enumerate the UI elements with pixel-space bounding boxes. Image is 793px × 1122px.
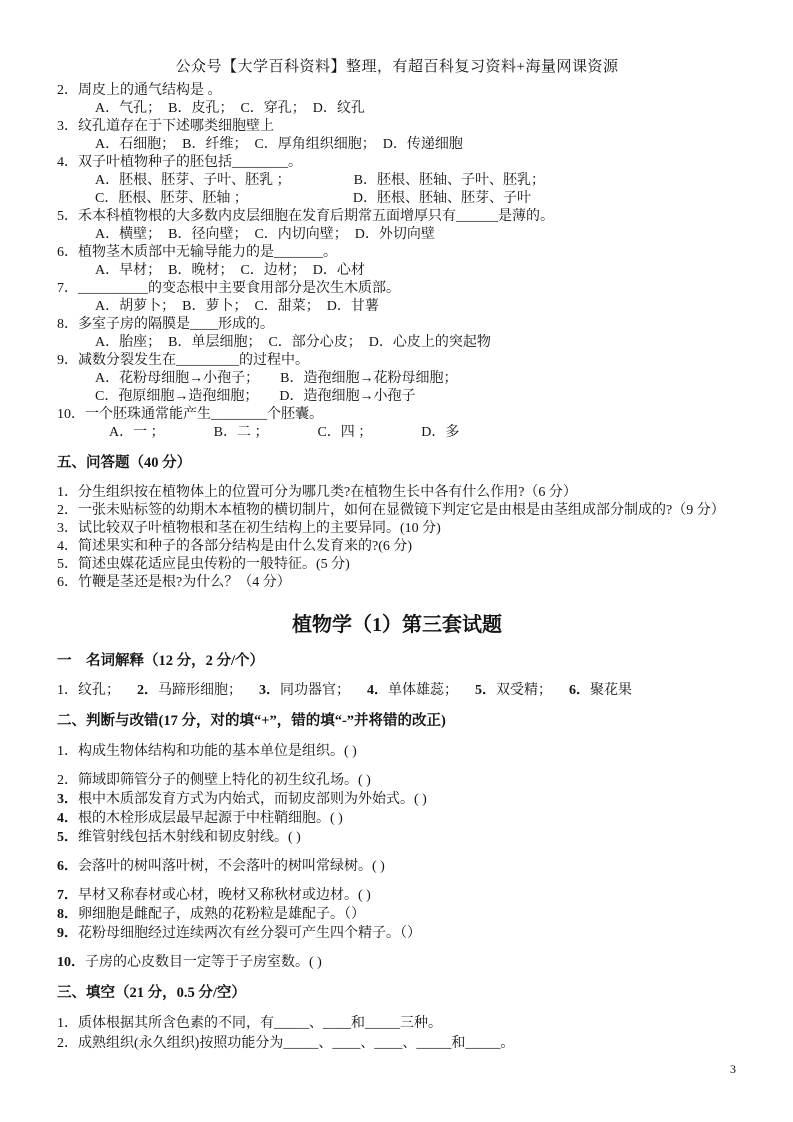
essay-question: 3．试比较双子叶植物根和茎在初生结构上的主要异同。(10 分) bbox=[57, 520, 737, 538]
mc-question: 4．双子叶植物种子的胚包括________。 bbox=[57, 154, 737, 172]
item-number: 4． bbox=[57, 811, 78, 826]
essay-section-heading: 五、问答题（40 分） bbox=[57, 454, 737, 473]
judgment-item: 2．筛域即筛管分子的侧壁上特化的初生纹孔场。( ) bbox=[57, 771, 737, 790]
judgment-item: 3．根中木质部发育方式为内始式，而韧皮部则为外始式。( ) bbox=[57, 790, 737, 809]
mc-options: A．一 ； B．二 ； C．四 ； D．多 bbox=[57, 424, 737, 442]
judgment-item: 6．会落叶的树叫落叶树，不会落叶的树叫常绿树。( ) bbox=[57, 857, 737, 876]
mc-options: A．胚根、胚芽、子叶、胚乳 ； B．胚根、胚轴、子叶、胚乳； bbox=[57, 172, 737, 190]
essay-question: 1．分生组织按在植物体上的位置可分为哪几类?在植物生长中各有什么作用?（6 分） bbox=[57, 484, 737, 502]
essay-question: 4．简述果实和种子的各部分结构是由什么发育来的?(6 分) bbox=[57, 538, 737, 556]
item-number: 1． bbox=[57, 744, 78, 759]
mc-options: A．胎座； B．单层细胞； C．部分心皮； D．心皮上的突起物 bbox=[57, 334, 737, 352]
terms-list: 1．纹孔；2．马蹄形细胞；3．同功器官；4．单体雄蕊；5．双受精；6．聚花果 bbox=[57, 682, 737, 700]
mc-options: A．石细胞； B．纤维； C．厚角组织细胞； D．传递细胞 bbox=[57, 136, 737, 154]
mc-options: A．早材； B．晚材； C．边材； D．心材 bbox=[57, 262, 737, 280]
item-text: 构成生物体结构和功能的基本单位是组织。( ) bbox=[78, 744, 357, 759]
item-text: 早材又称春材或心材，晚材又称秋材或边材。( ) bbox=[78, 888, 371, 903]
judgment-item: 10．子房的心皮数目一定等于子房室数。( ) bbox=[57, 953, 737, 972]
mc-question: 2．周皮上的通气结构是 。 bbox=[57, 82, 737, 100]
mc-question: 9．减数分裂发生在_________的过程中。 bbox=[57, 352, 737, 370]
judgment-section-heading: 二、判断与改错(17 分，对的填“+”，错的填“-”并将错的改正) bbox=[57, 712, 737, 731]
term-number: 1． bbox=[57, 683, 78, 698]
item-text: 子房的心皮数目一定等于子房室数。( ) bbox=[85, 955, 322, 970]
fill-in-section: 三、填空（21 分，0.5 分/空） 1．质体根据其所含色素的不同，有_____… bbox=[57, 984, 737, 1054]
item-text: 花粉母细胞经过连续两次有丝分裂可产生四个精子。（） bbox=[78, 926, 421, 941]
term-number: 3． bbox=[259, 683, 280, 698]
mc-options: C．胚根、胚芽、胚轴 ； D．胚根、胚轴、胚芽、子叶 bbox=[57, 190, 737, 208]
judgment-item: 9．花粉母细胞经过连续两次有丝分裂可产生四个精子。（） bbox=[57, 924, 737, 943]
terms-section-heading: 一 名词解释（12 分，2 分/个） bbox=[57, 652, 737, 671]
essay-section: 五、问答题（40 分） 1．分生组织按在植物体上的位置可分为哪几类?在植物生长中… bbox=[57, 454, 737, 592]
item-number: 6． bbox=[57, 859, 78, 874]
judgment-section: 二、判断与改错(17 分，对的填“+”，错的填“-”并将错的改正) 1．构成生物… bbox=[57, 712, 737, 972]
document-page: 公众号【大学百科资料】整理，有超百科复习资料+海量网课资源 2．周皮上的通气结构… bbox=[0, 0, 793, 1122]
term-item: 6．聚花果 bbox=[569, 683, 632, 698]
judgment-item: 8．卵细胞是雌配子，成熟的花粉粒是雄配子。（） bbox=[57, 905, 737, 924]
mc-options: A．横壁； B．径向壁； C．内切向壁； D．外切向壁 bbox=[57, 226, 737, 244]
page-number: 3 bbox=[57, 1062, 737, 1077]
term-label: 双受精； bbox=[496, 683, 552, 698]
term-item: 5．双受精； bbox=[475, 683, 552, 698]
term-label: 纹孔； bbox=[78, 683, 120, 698]
item-text: 筛域即筛管分子的侧壁上特化的初生纹孔场。( ) bbox=[78, 773, 371, 788]
term-number: 4． bbox=[367, 683, 388, 698]
term-item: 4．单体雄蕊； bbox=[367, 683, 458, 698]
term-label: 同功器官； bbox=[280, 683, 350, 698]
essay-question: 2．一张未贴标签的幼期木本植物的横切制片，如何在显微镜下判定它是由根是由茎组成部… bbox=[57, 502, 737, 520]
mc-question: 5．禾本科植物根的大多数内皮层细胞在发育后期常五面增厚只有______是薄的。 bbox=[57, 208, 737, 226]
term-item: 3．同功器官； bbox=[259, 683, 350, 698]
item-text: 会落叶的树叫落叶树，不会落叶的树叫常绿树。( ) bbox=[78, 859, 385, 874]
item-number: 5． bbox=[57, 830, 78, 845]
mc-options: A．胡萝卜； B．萝卜； C．甜菜； D．甘薯 bbox=[57, 298, 737, 316]
terms-section: 一 名词解释（12 分，2 分/个） 1．纹孔；2．马蹄形细胞；3．同功器官；4… bbox=[57, 652, 737, 700]
item-text: 根中木质部发育方式为内始式，而韧皮部则为外始式。( ) bbox=[78, 792, 427, 807]
term-label: 马蹄形细胞； bbox=[158, 683, 242, 698]
mc-question: 3．纹孔道存在于下述哪类细胞壁上 bbox=[57, 118, 737, 136]
multiple-choice-section: 2．周皮上的通气结构是 。 A．气孔； B．皮孔； C．穿孔； D．纹孔 3．纹… bbox=[57, 82, 737, 442]
mc-options: C．孢原细胞→造孢细胞； D．造孢细胞→小孢子 bbox=[57, 388, 737, 406]
term-number: 5． bbox=[475, 683, 496, 698]
term-number: 2． bbox=[137, 683, 158, 698]
term-item: 1．纹孔； bbox=[57, 683, 120, 698]
fill-in-item: 1．质体根据其所含色素的不同，有_____、____和_____三种。 bbox=[57, 1014, 737, 1034]
mc-options: A．气孔； B．皮孔； C．穿孔； D．纹孔 bbox=[57, 100, 737, 118]
judgment-item: 4．根的木栓形成层最早起源于中柱鞘细胞。( ) bbox=[57, 809, 737, 828]
essay-question: 5．简述虫媒花适应昆虫传粉的一般特征。(5 分) bbox=[57, 556, 737, 574]
item-number: 2． bbox=[57, 773, 78, 788]
term-label: 单体雄蕊； bbox=[388, 683, 458, 698]
judgment-item: 1．构成生物体结构和功能的基本单位是组织。( ) bbox=[57, 742, 737, 761]
item-text: 根的木栓形成层最早起源于中柱鞘细胞。( ) bbox=[78, 811, 343, 826]
mc-question: 7．__________的变态根中主要食用部分是次生木质部。 bbox=[57, 280, 737, 298]
essay-question: 6．竹鞭是茎还是根?为什么？（4 分） bbox=[57, 574, 737, 592]
mc-question: 6．植物茎木质部中无输导能力的是_______。 bbox=[57, 244, 737, 262]
item-number: 9． bbox=[57, 926, 78, 941]
item-text: 维管射线包括木射线和韧皮射线。( ) bbox=[78, 830, 301, 845]
mc-question: 8．多室子房的隔膜是____形成的。 bbox=[57, 316, 737, 334]
paper-title: 植物学（1）第三套试题 bbox=[57, 612, 737, 638]
item-number: 10． bbox=[57, 955, 85, 970]
mc-options: A．花粉母细胞→小孢子； B．造孢细胞→花粉母细胞； bbox=[57, 370, 737, 388]
promo-header: 公众号【大学百科资料】整理，有超百科复习资料+海量网课资源 bbox=[57, 57, 737, 77]
term-number: 6． bbox=[569, 683, 590, 698]
fill-in-item: 2．成熟组织(永久组织)按照功能分为_____、____、____、_____和… bbox=[57, 1034, 737, 1054]
judgment-item: 7．早材又称春材或心材，晚材又称秋材或边材。( ) bbox=[57, 886, 737, 905]
fill-in-section-heading: 三、填空（21 分，0.5 分/空） bbox=[57, 984, 737, 1003]
item-number: 8． bbox=[57, 907, 78, 922]
judgment-item: 5．维管射线包括木射线和韧皮射线。( ) bbox=[57, 828, 737, 847]
item-text: 卵细胞是雌配子，成熟的花粉粒是雄配子。（） bbox=[78, 907, 365, 922]
item-number: 7． bbox=[57, 888, 78, 903]
item-number: 3． bbox=[57, 792, 78, 807]
mc-question: 10．一个胚珠通常能产生________个胚囊。 bbox=[57, 406, 737, 424]
term-label: 聚花果 bbox=[590, 683, 632, 698]
term-item: 2．马蹄形细胞； bbox=[137, 683, 242, 698]
